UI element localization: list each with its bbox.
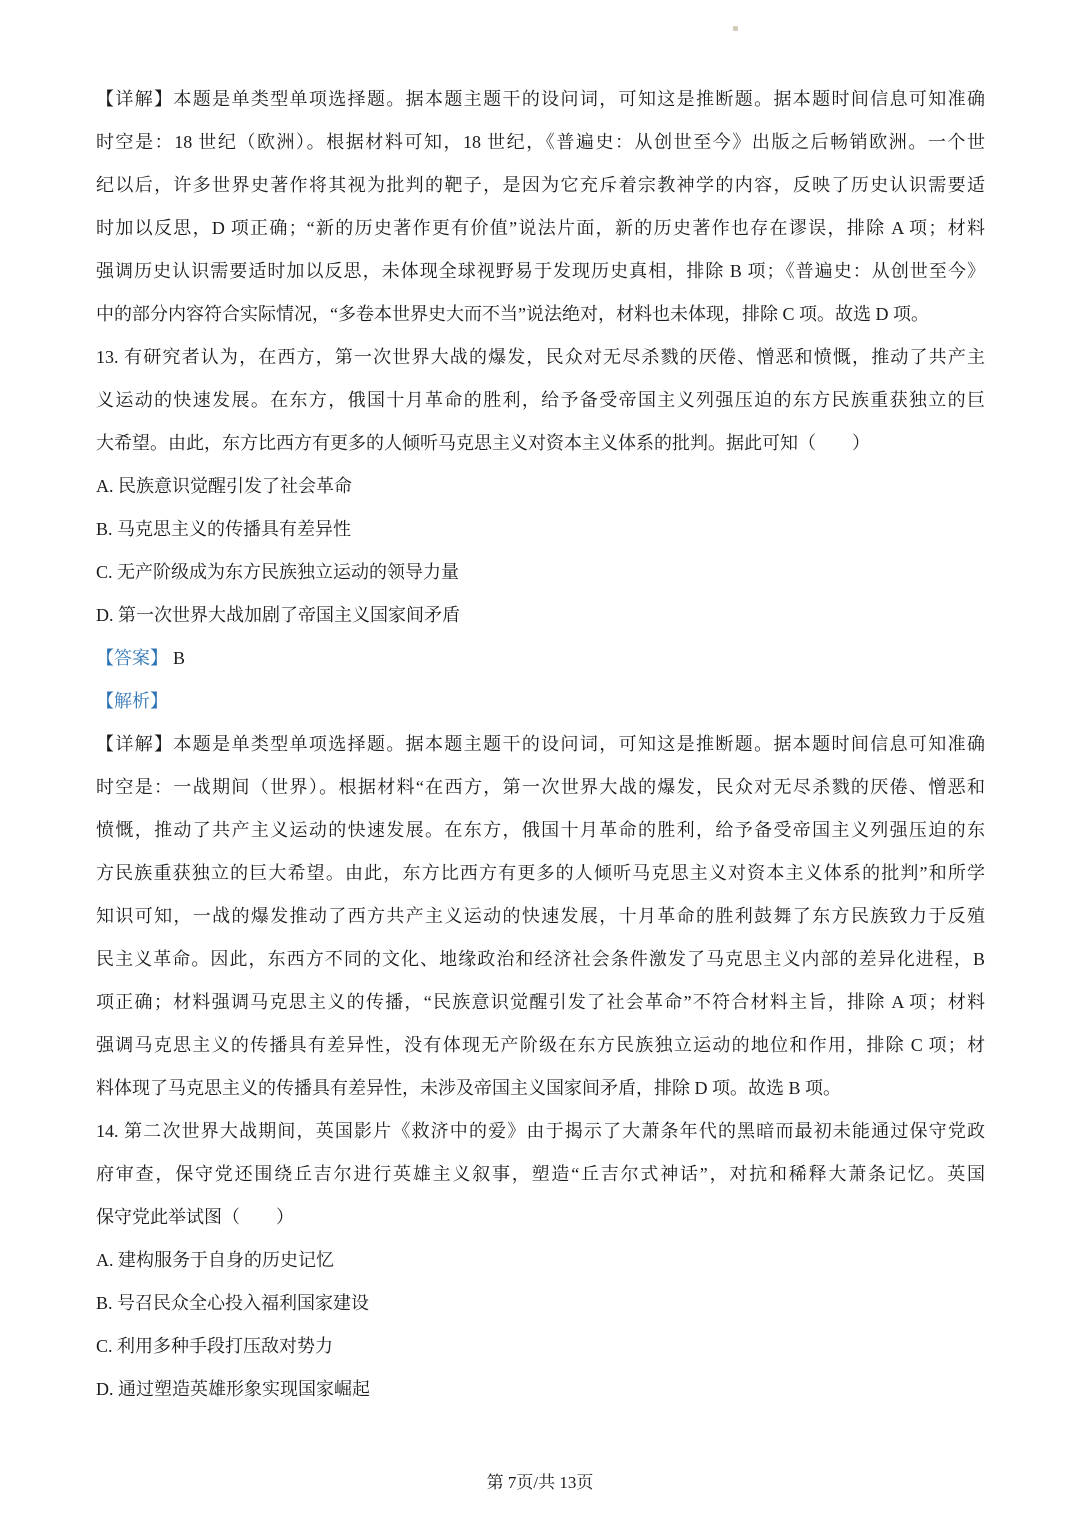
question-14-option-c: C. 利用多种手段打压敌对势力: [96, 1325, 985, 1368]
explanation-line: 强调马克思主义的传播具有差异性，没有体现无产阶级在东方民族独立运动的地位和作用，…: [96, 1024, 985, 1067]
answer-value: B: [173, 648, 185, 668]
explanation-line: 民主义革命。因此，东西方不同的文化、地缘政治和经济社会条件激发了马克思主义内部的…: [96, 938, 985, 981]
explanation-line: 纪以后，许多世界史著作将其视为批判的靶子，是因为它充斥着宗教神学的内容，反映了历…: [96, 164, 985, 207]
page-footer: 第 7页/共 13页: [0, 1470, 1080, 1495]
question-13-option-d: D. 第一次世界大战加剧了帝国主义国家间矛盾: [96, 594, 985, 637]
explanation-line: 方民族重获独立的巨大希望。由此，东方比西方有更多的人倾听马克思主义对资本主义体系…: [96, 852, 985, 895]
question-13-option-a: A. 民族意识觉醒引发了社会革命: [96, 465, 985, 508]
question-13-stem-line: 义运动的快速发展。在东方，俄国十月革命的胜利，给予备受帝国主义列强压迫的东方民族…: [96, 379, 985, 422]
question-14-stem-line: 府审查，保守党还围绕丘吉尔进行英雄主义叙事，塑造“丘吉尔式神话”，对抗和稀释大萧…: [96, 1153, 985, 1196]
answer-row-q13: 【答案】B: [96, 637, 985, 680]
explanation-line: 料体现了马克思主义的传播具有差异性，未涉及帝国主义国家间矛盾，排除 D 项。故选…: [96, 1067, 985, 1110]
explanation-line: 时空是：一战期间（世界）。根据材料“在西方，第一次世界大战的爆发，民众对无尽杀戮…: [96, 766, 985, 809]
question-14-stem-line: 14. 第二次世界大战期间，英国影片《救济中的爱》由于揭示了大萧条年代的黑暗而最…: [96, 1110, 985, 1153]
explanation-line: 【详解】本题是单类型单项选择题。据本题主题干的设问词，可知这是推断题。据本题时间…: [96, 723, 985, 766]
scan-artifact-dot: [733, 26, 738, 31]
explanation-line: 【详解】本题是单类型单项选择题。据本题主题干的设问词，可知这是推断题。据本题时间…: [96, 78, 985, 121]
question-14: 14. 第二次世界大战期间，英国影片《救济中的爱》由于揭示了大萧条年代的黑暗而最…: [96, 1110, 985, 1411]
explanation-line: 愤慨，推动了共产主义运动的快速发展。在东方，俄国十月革命的胜利，给予备受帝国主义…: [96, 809, 985, 852]
question-13-stem-line: 大希望。由此，东方比西方有更多的人倾听马克思主义对资本主义体系的批判。据此可知（…: [96, 422, 985, 465]
explanation-line: 项正确；材料强调马克思主义的传播，“民族意识觉醒引发了社会革命”不符合材料主旨，…: [96, 981, 985, 1024]
explanation-line: 知识可知，一战的爆发推动了西方共产主义运动的快速发展，十月革命的胜利鼓舞了东方民…: [96, 895, 985, 938]
document-page: 【详解】本题是单类型单项选择题。据本题主题干的设问词，可知这是推断题。据本题时间…: [0, 0, 1080, 1527]
question-13-option-b: B. 马克思主义的传播具有差异性: [96, 508, 985, 551]
question-13-option-c: C. 无产阶级成为东方民族独立运动的领导力量: [96, 551, 985, 594]
question-13: 13. 有研究者认为，在西方，第一次世界大战的爆发，民众对无尽杀戮的厌倦、憎恶和…: [96, 336, 985, 637]
explanation-line: 强调历史认识需要适时加以反思，未体现全球视野易于发现历史真相，排除 B 项；《普…: [96, 250, 985, 293]
question-14-option-d: D. 通过塑造英雄形象实现国家崛起: [96, 1368, 985, 1411]
explanation-q13: 【详解】本题是单类型单项选择题。据本题主题干的设问词，可知这是推断题。据本题时间…: [96, 723, 985, 1110]
explanation-line: 中的部分内容符合实际情况，“多卷本世界史大而不当”说法绝对，材料也未体现，排除 …: [96, 293, 985, 336]
question-14-stem-line: 保守党此举试图（ ）: [96, 1196, 985, 1239]
analysis-row-q13: 【解析】: [96, 680, 985, 723]
analysis-label: 【解析】: [96, 691, 168, 711]
explanation-line: 时加以反思，D 项正确；“新的历史著作更有价值”说法片面，新的历史著作也存在谬误…: [96, 207, 985, 250]
question-14-option-b: B. 号召民众全心投入福利国家建设: [96, 1282, 985, 1325]
question-14-option-a: A. 建构服务于自身的历史记忆: [96, 1239, 985, 1282]
page-body: 【详解】本题是单类型单项选择题。据本题主题干的设问词，可知这是推断题。据本题时间…: [96, 78, 985, 1411]
explanation-q12: 【详解】本题是单类型单项选择题。据本题主题干的设问词，可知这是推断题。据本题时间…: [96, 78, 985, 336]
answer-label: 【答案】: [96, 648, 168, 668]
explanation-line: 时空是：18 世纪（欧洲）。根据材料可知，18 世纪，《普遍史：从创世至今》出版…: [96, 121, 985, 164]
question-13-stem-line: 13. 有研究者认为，在西方，第一次世界大战的爆发，民众对无尽杀戮的厌倦、憎恶和…: [96, 336, 985, 379]
